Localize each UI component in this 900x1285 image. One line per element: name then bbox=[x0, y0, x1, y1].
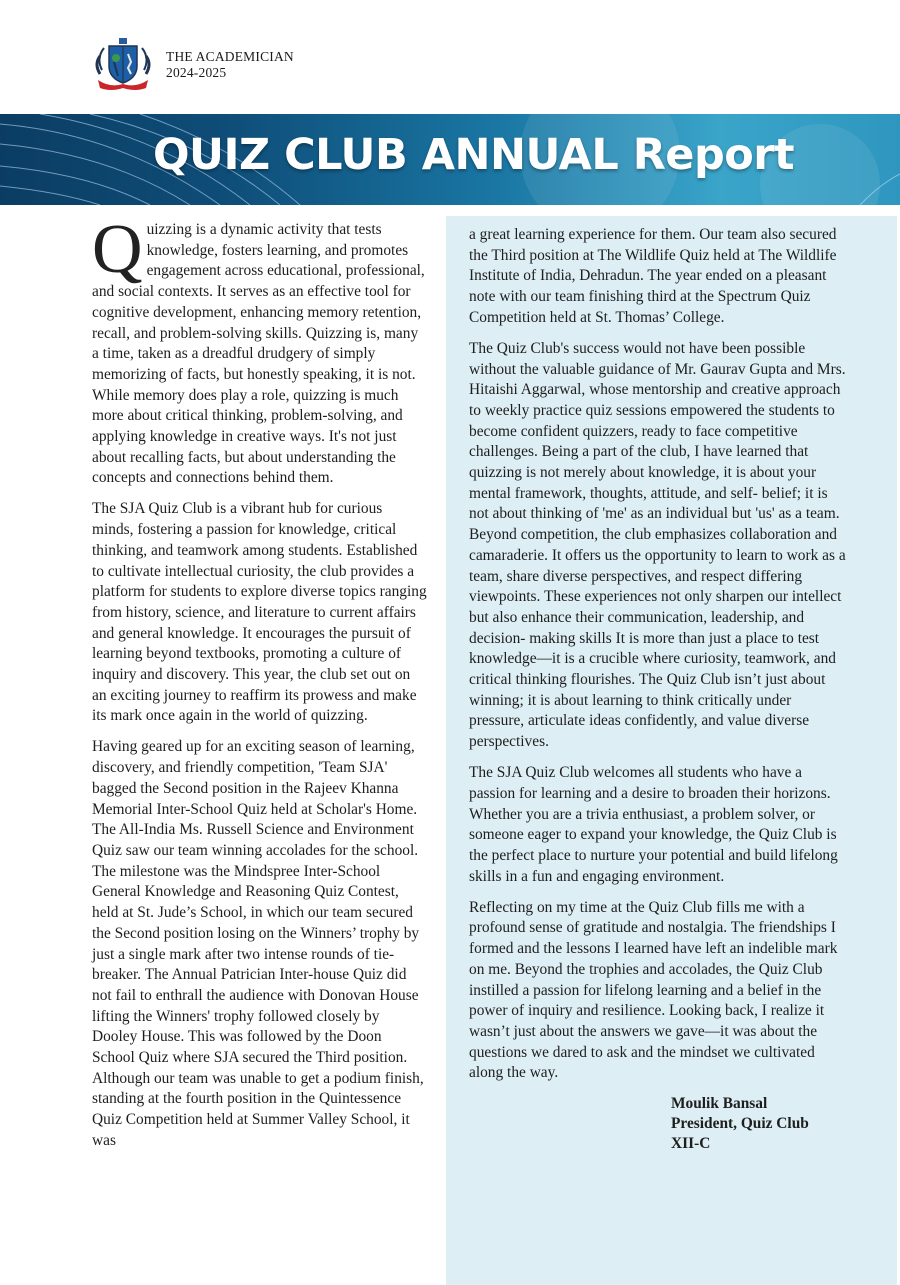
left-column: Quizzing is a dynamic activity that test… bbox=[92, 220, 427, 1162]
intro-paragraph: Quizzing is a dynamic activity that test… bbox=[92, 220, 427, 489]
signature-role: President, Quiz Club bbox=[671, 1114, 849, 1134]
publication-title: THE ACADEMICIAN bbox=[166, 49, 294, 65]
welcome-paragraph: The SJA Quiz Club welcomes all students … bbox=[469, 763, 849, 887]
signature-name: Moulik Bansal bbox=[671, 1094, 849, 1114]
achievements-continued-paragraph: a great learning experience for them. Ou… bbox=[469, 225, 849, 329]
signature-block: Moulik Bansal President, Quiz Club XII-C bbox=[671, 1094, 849, 1154]
mentors-paragraph: The Quiz Club's success would not have b… bbox=[469, 339, 849, 753]
school-crest-icon bbox=[92, 36, 154, 94]
signature-class: XII-C bbox=[671, 1134, 849, 1154]
right-column: a great learning experience for them. Ou… bbox=[469, 225, 849, 1154]
reflection-paragraph: Reflecting on my time at the Quiz Club f… bbox=[469, 898, 849, 1084]
title-banner: QUIZ CLUB ANNUAL Report bbox=[0, 114, 900, 205]
page-title: QUIZ CLUB ANNUAL Report bbox=[153, 130, 794, 180]
masthead: THE ACADEMICIAN 2024-2025 bbox=[92, 36, 294, 94]
drop-cap: Q bbox=[92, 222, 143, 278]
publication-year: 2024-2025 bbox=[166, 65, 294, 81]
achievements-paragraph: Having geared up for an exciting season … bbox=[92, 737, 427, 1151]
club-description-paragraph: The SJA Quiz Club is a vibrant hub for c… bbox=[92, 499, 427, 727]
